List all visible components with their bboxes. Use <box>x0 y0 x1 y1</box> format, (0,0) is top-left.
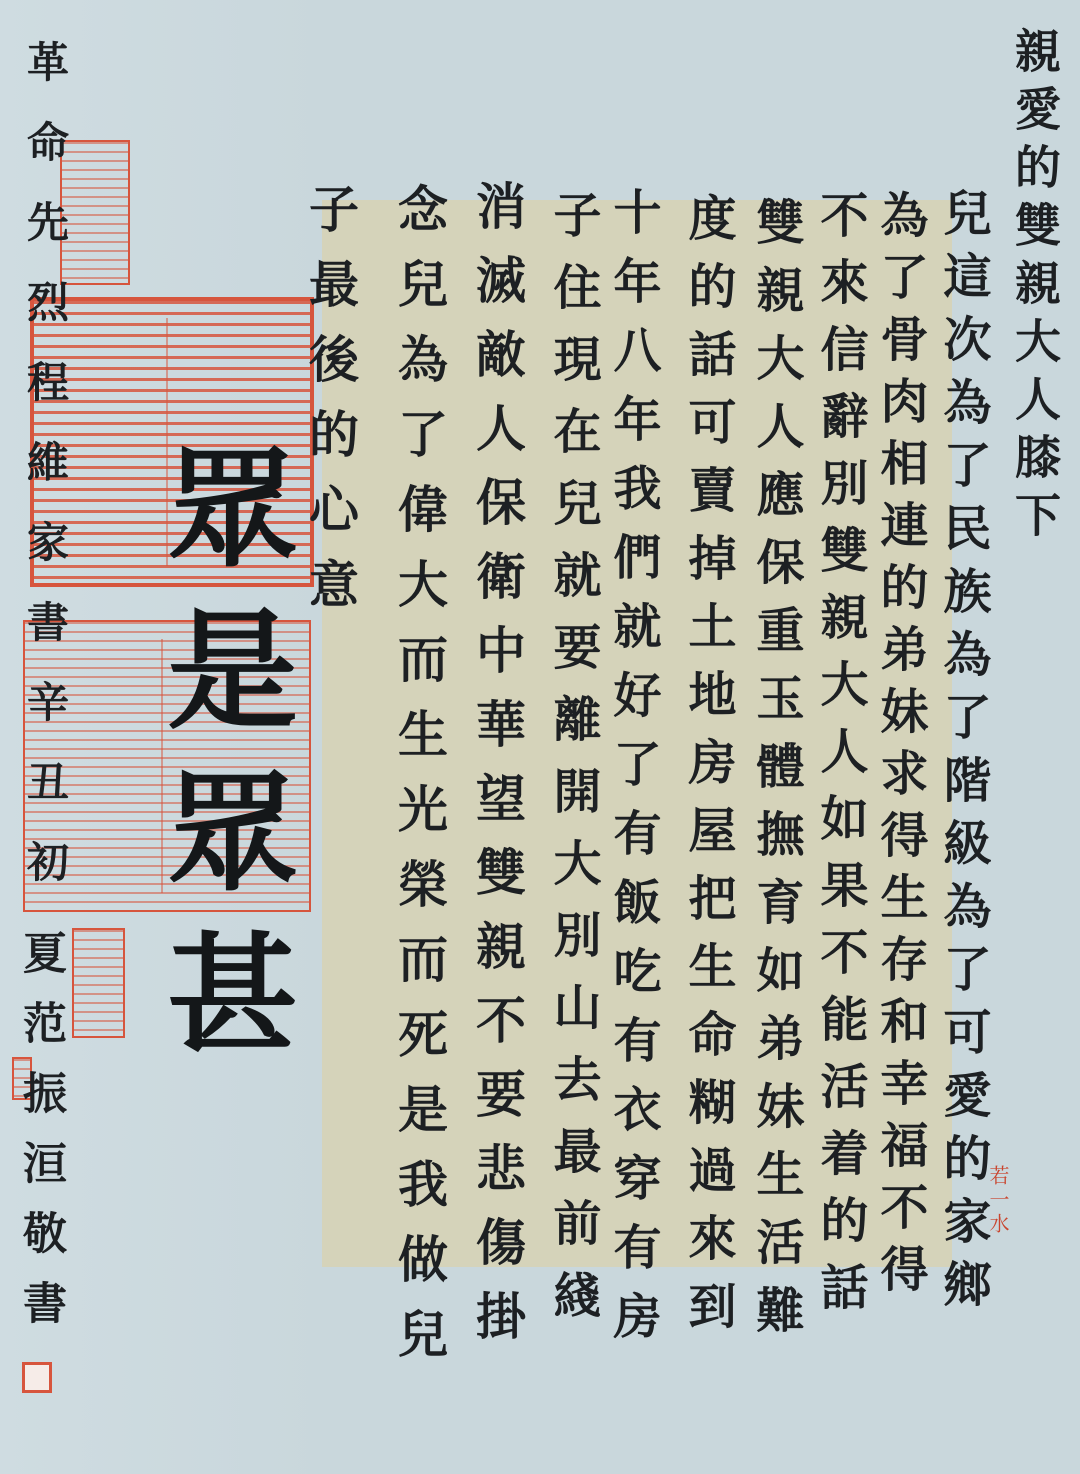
inscription-column-2: 夏范振洹敬書 <box>18 930 62 1350</box>
letter-column-9: 念兒為了偉大而生光榮而死是我做兒 <box>394 183 444 1383</box>
seal-small-top-left <box>60 140 130 285</box>
letter-column-8: 消滅敵人保衛中華望雙親不要悲傷掛 <box>472 180 522 1364</box>
letter-column-10: 子最後的心意 <box>305 183 355 633</box>
letter-column-1: 兒這次為了民族為了階級為了可愛的家鄉 <box>939 188 987 1322</box>
letter-column-2: 為了骨肉相連的弟妹求得生存和幸福不得 <box>876 190 924 1306</box>
letter-column-6: 十年八年我們就好了有飯吃有衣穿有房 <box>609 187 657 1360</box>
letter-column-3: 不來信辭別雙親大人如果不能活着的話 <box>816 190 864 1329</box>
large-characters: 眾是眾甚 <box>157 440 287 1088</box>
inscription-column-1: 革命先烈程維家書辛丑初 <box>24 40 66 920</box>
seal-name-bottom <box>22 1362 52 1393</box>
seal-small-middle-left <box>72 928 125 1038</box>
letter-column-4: 雙親大人應保重玉體撫育如弟妹生活難 <box>752 197 800 1353</box>
letter-column-7: 子住現在兒就要離開大別山去最前綫 <box>549 190 597 1342</box>
letter-salutation: 親愛的雙親大人膝下 <box>1012 27 1058 549</box>
letter-column-5: 度的話可賣掉土地房屋把生命糊過來到 <box>684 193 732 1349</box>
red-mark: 若一水 <box>988 1165 1008 1237</box>
